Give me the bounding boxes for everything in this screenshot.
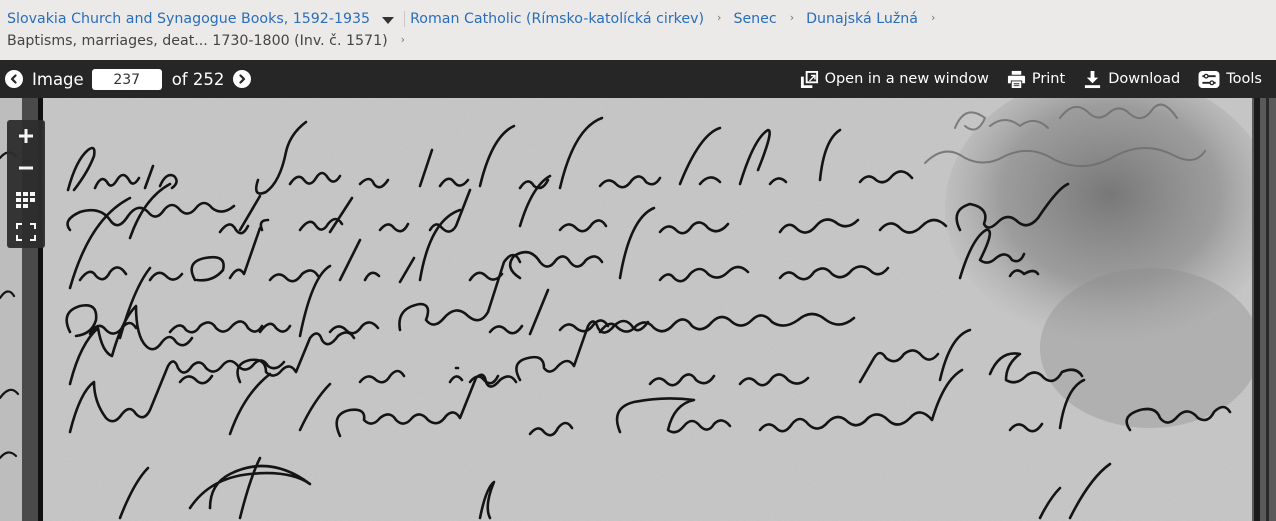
open-external-icon — [800, 70, 819, 89]
tools-button[interactable]: Tools — [1198, 70, 1262, 89]
download-label: Download — [1108, 71, 1180, 87]
manuscript-image — [0, 98, 1276, 521]
image-toolbar: Image of 252 Open in a new window Print — [0, 60, 1276, 98]
breadcrumb-item-roman-catholic[interactable]: Roman Catholic (Rímsko-katolícká cirkev) — [410, 11, 704, 27]
grid-icon — [16, 192, 36, 208]
breadcrumb-collection-link[interactable]: Slovakia Church and Synagogue Books, 159… — [7, 11, 370, 27]
fullscreen-button[interactable] — [7, 216, 45, 248]
zoom-controls — [7, 120, 45, 248]
chevron-left-icon — [9, 74, 19, 84]
zoom-out-button[interactable] — [7, 152, 45, 184]
breadcrumb-header: Slovakia Church and Synagogue Books, 159… — [0, 0, 1276, 60]
next-image-button[interactable] — [233, 70, 251, 88]
gallery-view-button[interactable] — [7, 184, 45, 216]
download-icon — [1083, 70, 1102, 89]
plus-icon — [19, 129, 33, 143]
chevron-right-icon: › — [401, 33, 405, 46]
breadcrumb-current-row: Baptisms, marriages, deat... 1730-1800 (… — [7, 32, 417, 50]
image-label: Image — [32, 70, 84, 89]
breadcrumb-item-senec[interactable]: Senec — [733, 11, 776, 27]
previous-image-button[interactable] — [5, 70, 23, 88]
open-new-window-button[interactable]: Open in a new window — [800, 70, 989, 89]
print-button[interactable]: Print — [1007, 70, 1065, 89]
zoom-in-button[interactable] — [7, 120, 45, 152]
tools-label: Tools — [1226, 71, 1262, 87]
image-number-input[interactable] — [92, 69, 162, 90]
breadcrumb-current-volume: Baptisms, marriages, deat... 1730-1800 (… — [7, 33, 388, 49]
collection-dropdown-caret-icon[interactable] — [382, 17, 394, 24]
download-button[interactable]: Download — [1083, 70, 1180, 89]
toolbar-actions: Open in a new window Print Download — [782, 60, 1262, 98]
printer-icon — [1007, 70, 1026, 89]
fullscreen-icon — [16, 223, 36, 241]
image-total: of 252 — [172, 70, 225, 89]
minus-icon — [19, 161, 33, 175]
chevron-right-icon: › — [931, 11, 935, 24]
image-navigation: Image of 252 — [5, 60, 251, 98]
print-label: Print — [1032, 71, 1065, 87]
sliders-icon — [1198, 70, 1220, 89]
image-viewer[interactable] — [0, 98, 1276, 521]
breadcrumb-item-dunajska-luzna[interactable]: Dunajská Lužná — [806, 11, 918, 27]
open-new-window-label: Open in a new window — [825, 71, 989, 87]
chevron-right-icon — [237, 74, 247, 84]
breadcrumb-divider — [404, 11, 405, 27]
chevron-right-icon: › — [717, 11, 721, 24]
breadcrumb: Slovakia Church and Synagogue Books, 159… — [7, 9, 947, 29]
chevron-right-icon: › — [790, 11, 794, 24]
